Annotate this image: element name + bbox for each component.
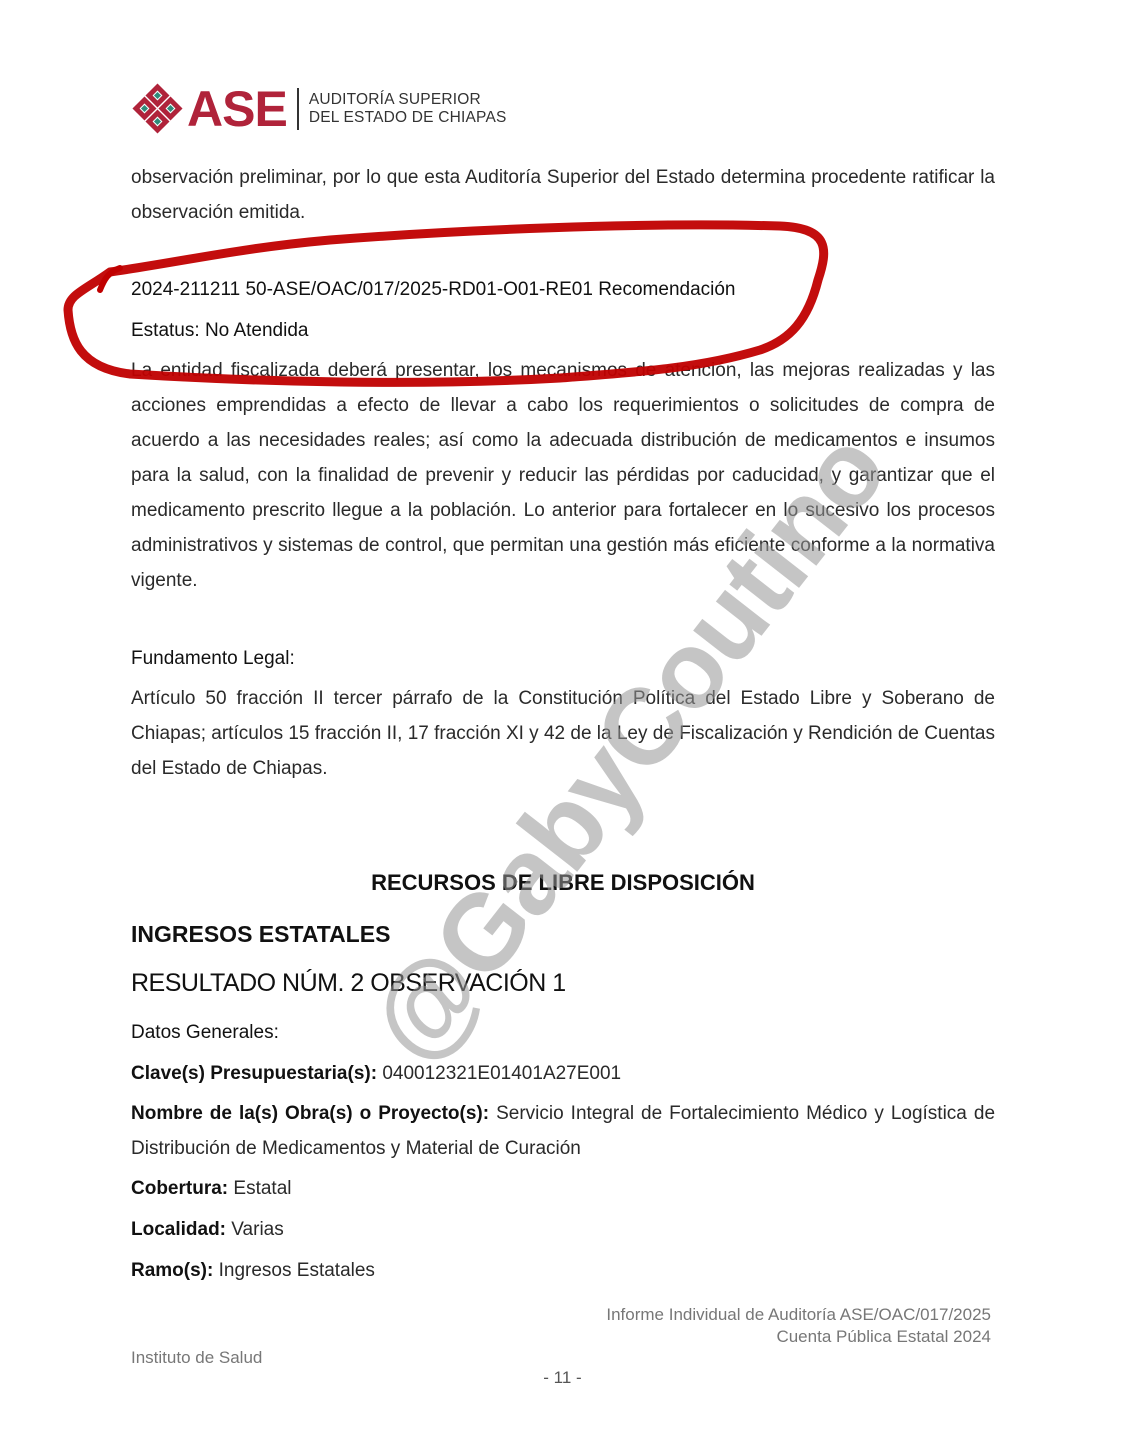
field-coverage: Cobertura: Estatal bbox=[131, 1171, 995, 1206]
recommendation-code: 2024-211211 50-ASE/OAC/017/2025-RD01-O01… bbox=[131, 272, 995, 307]
footer-report-info: Informe Individual de Auditoría ASE/OAC/… bbox=[606, 1304, 991, 1348]
section-title: RECURSOS DE LIBRE DISPOSICIÓN bbox=[131, 870, 995, 896]
field-value: 040012321E01401A27E001 bbox=[382, 1063, 621, 1084]
logo-acronym: ASE bbox=[187, 86, 287, 132]
field-branch: Ramo(s): Ingresos Estatales bbox=[131, 1253, 995, 1288]
logo-text: AUDITORÍA SUPERIOR DEL ESTADO DE CHIAPAS bbox=[309, 91, 507, 127]
document-page: ASE AUDITORÍA SUPERIOR DEL ESTADO DE CHI… bbox=[0, 0, 1125, 1456]
field-value: Ingresos Estatales bbox=[219, 1260, 375, 1281]
field-value: Varias bbox=[231, 1219, 283, 1240]
field-label: Nombre de la(s) Obra(s) o Proyecto(s): bbox=[131, 1103, 489, 1124]
recommendation-status: Estatus: No Atendida bbox=[131, 313, 995, 348]
result-heading: RESULTADO NÚM. 2 OBSERVACIÓN 1 bbox=[131, 969, 566, 998]
field-locality: Localidad: Varias bbox=[131, 1212, 995, 1247]
section-subtitle: INGRESOS ESTATALES bbox=[131, 921, 390, 948]
recommendation-body: La entidad fiscalizada deberá presentar,… bbox=[131, 353, 995, 598]
footer-report-line-1: Informe Individual de Auditoría ASE/OAC/… bbox=[606, 1304, 991, 1326]
field-budget-key: Clave(s) Presupuestaria(s): 040012321E01… bbox=[131, 1056, 995, 1091]
field-value: Estatal bbox=[233, 1178, 291, 1199]
ase-logo: ASE AUDITORÍA SUPERIOR DEL ESTADO DE CHI… bbox=[131, 86, 507, 132]
field-project-name: Nombre de la(s) Obra(s) o Proyecto(s): S… bbox=[131, 1096, 995, 1166]
footer-entity: Instituto de Salud bbox=[131, 1348, 262, 1368]
general-data-heading: Datos Generales: bbox=[131, 1015, 995, 1050]
intro-paragraph: observación preliminar, por lo que esta … bbox=[131, 160, 995, 230]
page-number: - 11 - bbox=[0, 1368, 1125, 1388]
field-label: Cobertura: bbox=[131, 1178, 228, 1199]
footer-report-line-2: Cuenta Pública Estatal 2024 bbox=[606, 1326, 991, 1348]
status-value: No Atendida bbox=[205, 320, 309, 341]
logo-line-1: AUDITORÍA SUPERIOR bbox=[309, 91, 507, 109]
field-label: Ramo(s): bbox=[131, 1260, 213, 1281]
legal-body: Artículo 50 fracción II tercer párrafo d… bbox=[131, 681, 995, 786]
logo-divider bbox=[297, 88, 299, 130]
legal-heading: Fundamento Legal: bbox=[131, 641, 995, 676]
logo-line-2: DEL ESTADO DE CHIAPAS bbox=[309, 109, 507, 127]
diamond-pattern-icon bbox=[131, 86, 183, 132]
field-label: Localidad: bbox=[131, 1219, 226, 1240]
field-label: Clave(s) Presupuestaria(s): bbox=[131, 1063, 377, 1084]
status-label: Estatus: bbox=[131, 320, 200, 341]
